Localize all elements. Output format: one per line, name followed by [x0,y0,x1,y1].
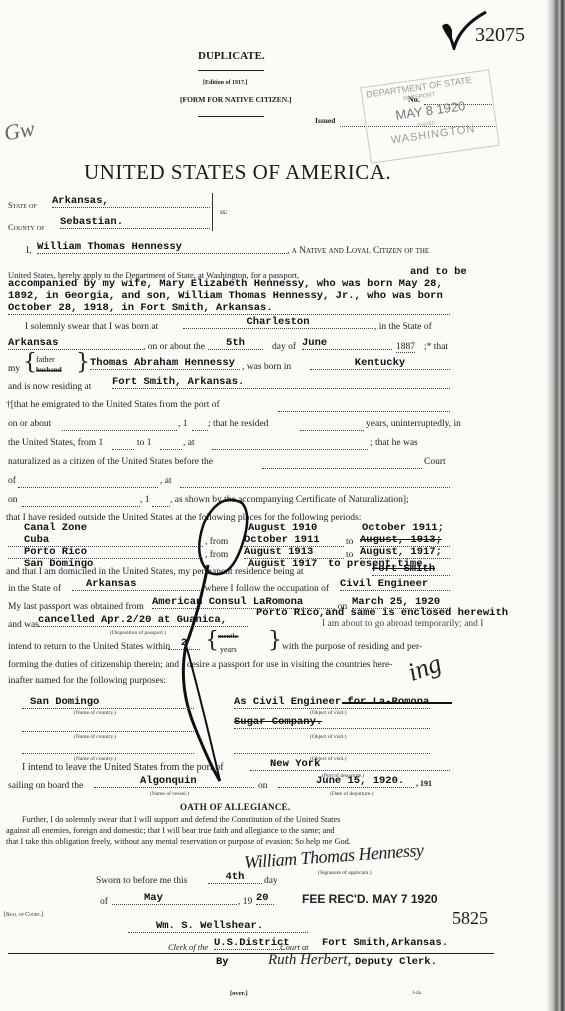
to-label: to [346,537,353,547]
on-text: on [258,781,268,791]
nat-line-1: †[that he emigrated to the United States… [6,400,220,410]
country-1-value: San Domingo [22,696,194,709]
oath-title: OATH OF ALLEGIANCE. [180,802,290,812]
domicile-text: and that I am domiciled in the United St… [6,567,304,577]
object-1-continued: Sugar Company. [234,716,430,729]
hereinafter-text: inafter named for the following purposes… [8,676,166,686]
nat-line-2b: , 1 [178,419,188,429]
birthplace-value: Charleston [183,316,373,329]
document-number: 5825 [452,908,488,929]
about-abroad-text: I am about to go abroad temporarily; and… [322,619,483,629]
oath-line-2: against all enemies, foreign and domesti… [6,826,335,835]
vessel-label: (Name of vessel.) [150,791,189,797]
object-strike-line [342,702,452,704]
sworn-day-value: 4th [208,871,262,884]
residence-place-1: Canal Zone [24,522,87,534]
form-mark: 1-4a [412,991,421,996]
nat-line-3b: to 1 [137,438,152,448]
ss-label: ss: [220,208,228,216]
county-label: County of [8,222,44,232]
seal-label: [Seal of Court.] [4,912,43,918]
nat-line-2c: ; that he resided [208,419,268,429]
brace-right: } [76,350,90,375]
birth-day-value: 5th [208,337,263,350]
accompanied-line-2: accompanied by my wife, Mary Elizabeth H… [8,278,443,290]
purpose-text: with the purpose of residing and per- [282,642,422,652]
court-location-value: Fort Smith,Arkansas. [322,937,448,949]
divider [8,953,494,954]
vessel-value: Algonquin [94,775,254,788]
brace-right: } [268,628,282,653]
residence-from-1: August 1910 [248,522,317,534]
father-birthplace-value: Kentucky [310,357,450,370]
sworn-text: Sworn to before me this [96,876,187,886]
sworn-year-value: 20 [256,892,274,905]
nat-line-6a: on [8,495,18,505]
sworn-day-text: day [264,876,278,886]
father-residence-value: Fort Smith, Arkansas. [112,376,450,389]
issued-label: Issued [315,116,335,125]
occupation-value: Civil Engineer [340,578,450,591]
edition-label: [Edition of 1917.] [203,80,248,86]
born-in-text: , was born in [242,362,291,372]
passport-application-page: 32075 DUPLICATE. [Edition of 1917.] [FOR… [0,0,565,1011]
accompanied-line-4: October 28, 1918, in Fort Smith, Arkansa… [8,302,450,315]
deputy-title: Deputy Clerk. [355,956,437,968]
last-passport-text: My last passport was obtained from [8,602,144,612]
country-3-field [22,752,194,754]
divider [198,116,264,117]
nat-of-field [18,487,158,488]
brace-left: { [23,350,37,375]
departure-label: (Date of departure.) [330,791,374,797]
sailing-text: sailing on board the [8,781,83,791]
nat-years-field [300,430,364,431]
nat-line-2d: years, uninterruptedly, in [366,419,461,429]
signature-label: (Signature of applicant.) [318,870,372,876]
sworn-of-text: of [100,897,108,907]
swear-born-text: I solemnly swear that I was born at [25,322,158,332]
county-value: Sebastian. [60,216,210,229]
nat-line-3d: ; that he was [370,438,418,448]
my-text: my [8,364,20,374]
court-at-text: Court at [280,942,309,952]
domicile-state-text: in the State of [8,584,61,594]
handwritten-loop-mark [180,495,250,785]
sworn-month-value: May [112,892,237,905]
nat-line-4b: Court [424,457,446,467]
nat-line-5b: , at [160,476,172,486]
nat-at2-field [180,487,450,488]
handwritten-ing-mark: ing [404,648,445,688]
page-binding-edge [547,0,565,1011]
nat-line-2a: on or about [8,419,51,429]
nat-date-field [62,430,177,431]
that-text: ;* that [424,342,448,352]
birth-month-value: June [302,337,392,350]
husband-option: husband [36,366,62,374]
clerk-name-value: Wm. S. Wellshear. [128,920,308,933]
nat-line-3c: , at [183,438,195,448]
nat-port-field [278,411,450,412]
disposition-label: (Disposition of passport.) [110,630,166,636]
day-of-text: day of [272,342,296,352]
father-option: father [36,355,55,364]
nat-from-field [112,449,134,450]
nat-line-3a: the United States, from 1 [8,438,103,448]
citizen-text: , a Native and Loyal Citizen of the [287,246,429,256]
father-name-value: Thomas Abraham Hennessy [90,357,240,370]
residence-to-1: October 1911; [362,522,444,534]
disposition-continued: Porto Rico,and same is enclosed herewith [256,607,508,619]
country-2-field [22,730,194,732]
nat-on-field [22,506,140,507]
departure-suffix: , 191 [416,779,432,788]
nat-court-field [262,468,422,469]
court-value: U.S.District [214,937,284,950]
nat-line-6b: , 1 [140,495,150,505]
nat-at-field [212,449,368,450]
applicant-intro: I, [26,246,32,256]
on-about-text: , on or about the [143,342,205,352]
deputy-signature: Ruth Herbert, [268,952,351,969]
object-label: (Object of visit.) [310,734,347,740]
nat-year2-field [152,506,170,507]
birth-year-value: 1887 [396,342,415,353]
venue-bracket [212,193,213,231]
departure-value: June 15, 1920. [278,775,414,788]
state-value: Arkansas, [52,195,210,208]
duplicate-title: DUPLICATE. [198,50,265,62]
dept-of-state-stamp: DEPARTMENT OF STATE PASSPORT MAY 8 1920 … [360,69,499,163]
state-of-text: , in the State of [374,322,432,332]
nat-line-4a: naturalized as a citizen of the United S… [8,457,213,467]
country-label: (Name of country.) [74,734,116,740]
country-label: (Name of country.) [74,710,116,716]
applicant-name: William Thomas Hennessy [37,241,287,254]
return-text: intend to return to the United States wi… [8,642,170,652]
object-3-field [234,752,430,754]
and-was-text: and was [8,620,39,630]
by-text: By [216,956,229,968]
form-type-label: [FORM FOR NATIVE CITIZEN.] [180,95,292,104]
accompanied-line-1: and to be [410,266,467,278]
accompanied-line-3: 1892, in Georgia, and son, William Thoma… [8,290,443,302]
oath-line-3: that I take this obligation freely, with… [6,837,351,846]
sworn-year-prefix: , 19 [238,897,252,907]
file-number: 32075 [475,24,525,47]
over-label: [over.] [230,990,248,997]
divider [198,70,264,71]
residing-text: and is now residing at [8,382,91,392]
port-value: New York [250,758,450,771]
leave-text: I intend to leave the United States from… [22,762,224,773]
main-title: UNITED STATES OF AMERICA. [84,160,391,185]
state-label: State of [8,200,37,210]
fee-received-stamp: FEE REC'D. MAY 7 1920 [302,892,438,906]
clerk-of-text: Clerk of the [168,942,208,952]
nat-line-5a: of [8,476,16,486]
oath-line-1: Further, I do solemnly swear that I will… [22,815,340,824]
nat-year-field [192,430,208,431]
margin-initials: Gw [2,116,37,147]
domicile-value: Fort Smith [372,563,450,576]
nat-to-field [160,449,182,450]
birth-state-value: Arkansas [8,337,143,350]
